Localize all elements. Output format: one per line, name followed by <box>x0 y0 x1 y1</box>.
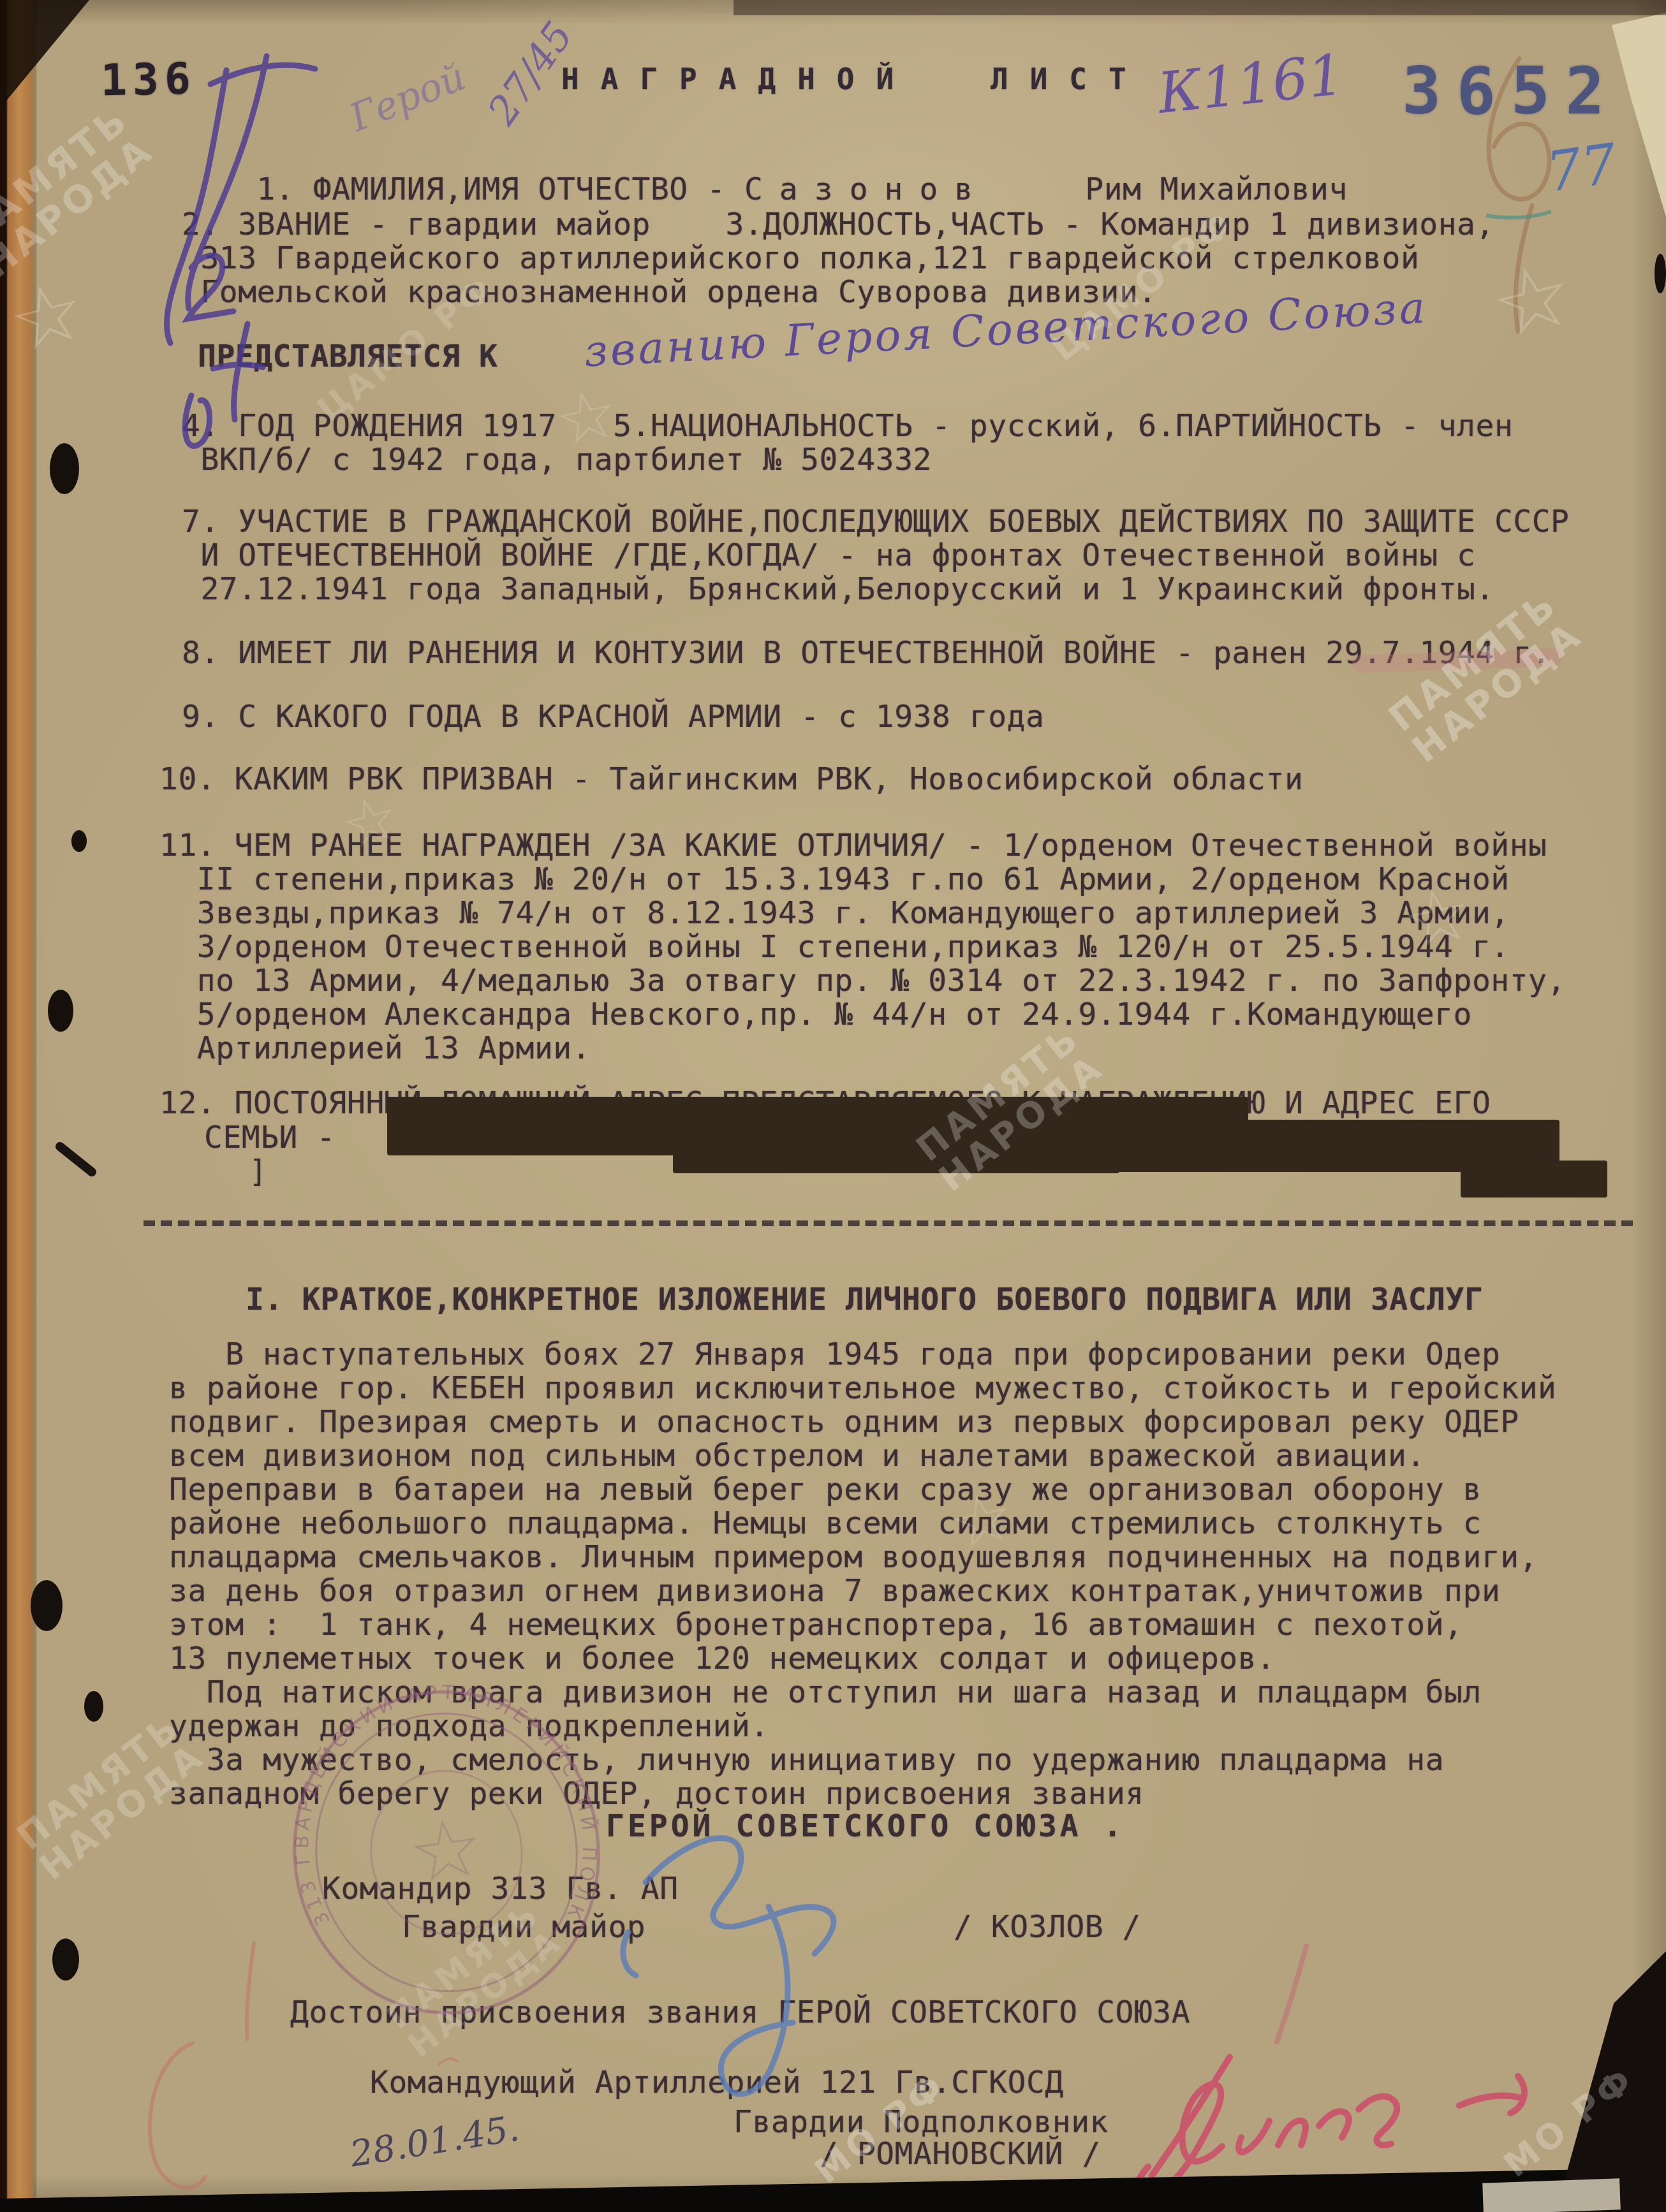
scan-hole <box>1655 254 1666 293</box>
award-sheet-scan: 136 Герой 27/45 НАГРАДНОЙ ЛИСТ К1161 365… <box>0 0 1666 2212</box>
kozlov-signature <box>623 1838 834 2095</box>
ink-marks-layer: 313 ГВАРДЕЙСКИЙ АРТИЛЛЕРИЙСКИЙ ПОЛК <box>0 0 1666 2212</box>
margin-scribble <box>166 56 315 446</box>
scan-hole <box>71 830 87 852</box>
scan-hole <box>48 990 73 1032</box>
tape-fragment <box>1482 2178 1621 2212</box>
scan-hole <box>50 443 79 494</box>
stamp-star-icon <box>414 1819 478 1880</box>
scan-hole <box>52 1938 79 1981</box>
scan-hole <box>84 1691 103 1722</box>
scan-hole <box>31 1580 63 1631</box>
ink-dash <box>60 1146 92 1172</box>
red-pencil-marks <box>150 1944 1306 2188</box>
teal-pen-mark <box>1486 212 1551 217</box>
